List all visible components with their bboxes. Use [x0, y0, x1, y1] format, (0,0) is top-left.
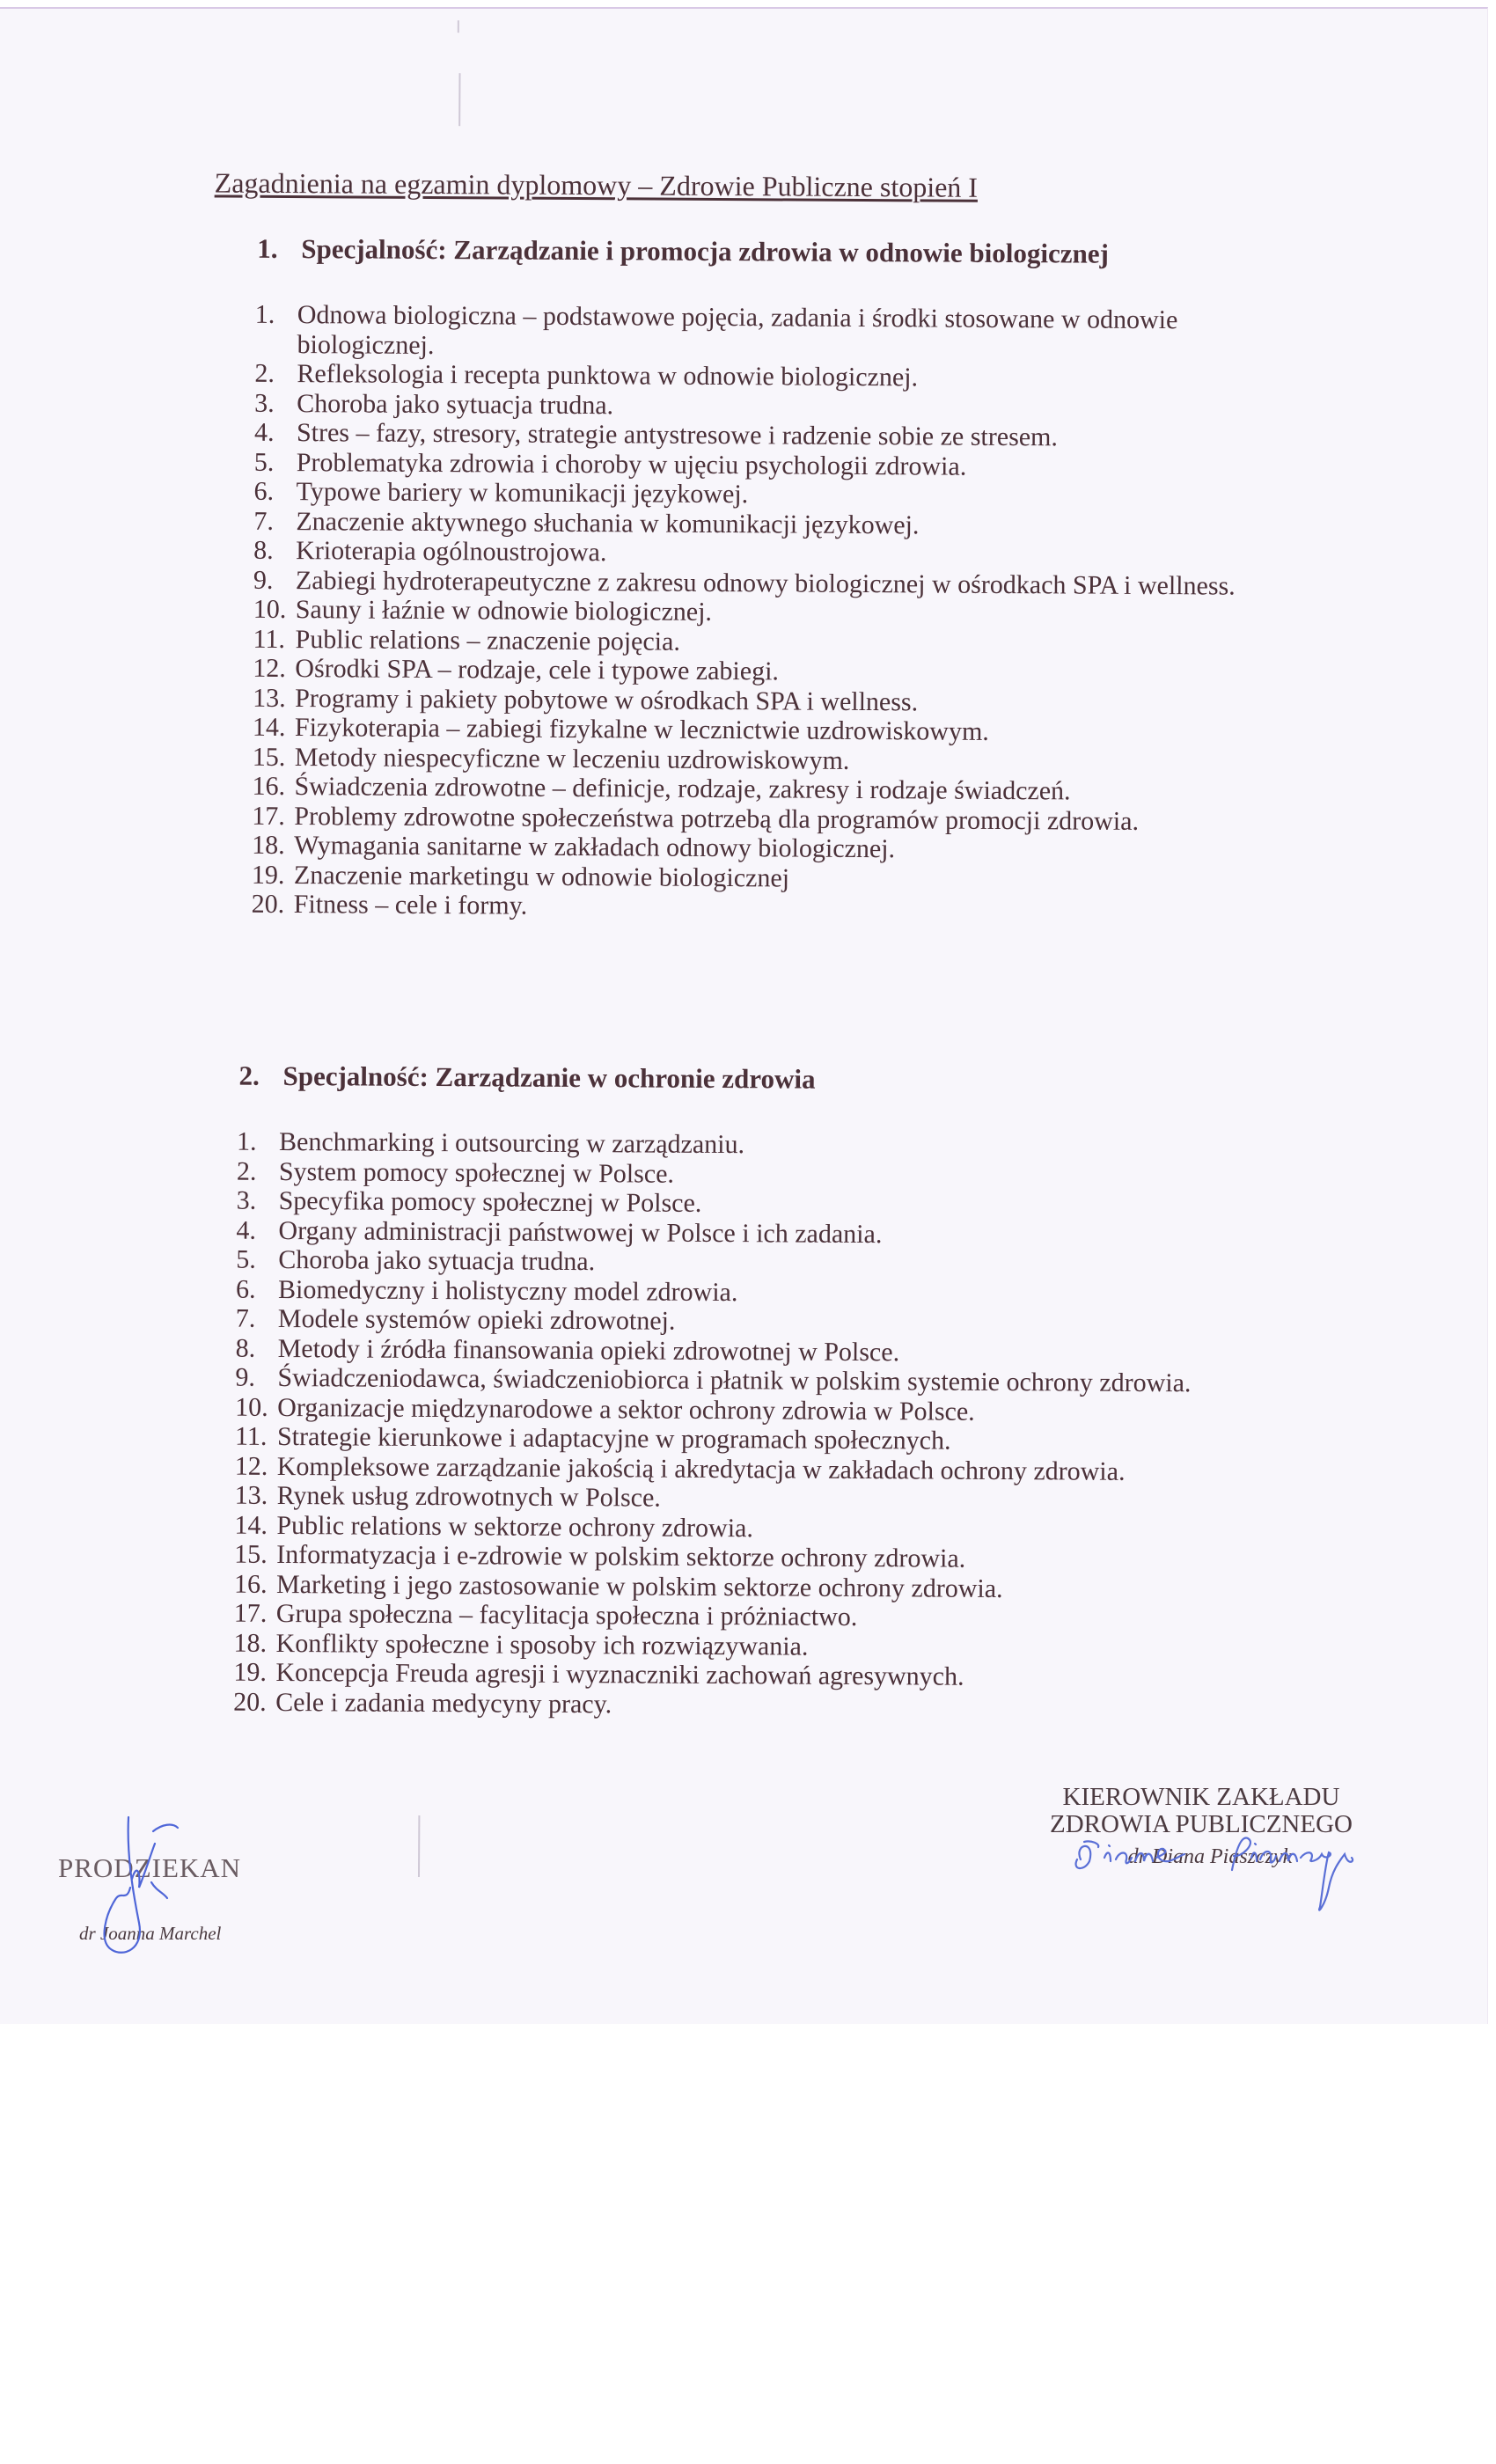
item-number: 6.	[236, 1274, 256, 1304]
item-number: 20.	[233, 1687, 267, 1717]
item-text: Modele systemów opieki zdrowotnej.	[278, 1304, 676, 1336]
item-number: 17.	[252, 801, 285, 831]
item-text: Problemy zdrowotne społeczeństwa potrzeb…	[294, 802, 1139, 836]
item-text: Świadczenia zdrowotne – definicje, rodza…	[294, 772, 1070, 805]
section-title: Specjalność: Zarządzanie w ochronie zdro…	[282, 1060, 815, 1095]
item-number: 9.	[253, 565, 274, 595]
item-number: 7.	[236, 1304, 256, 1334]
item-number: 1.	[237, 1127, 257, 1157]
item-text: Stres – fazy, stresory, strategie antyst…	[297, 418, 1058, 451]
item-number: 12.	[253, 654, 286, 684]
list-item: 1.Odnowa biologiczna – podstawowe pojęci…	[255, 300, 1294, 365]
item-number: 8.	[236, 1333, 256, 1363]
item-number: 4.	[254, 418, 275, 448]
item-text: Wymagania sanitarne w zakładach odnowy b…	[294, 831, 895, 863]
item-text: Informatyzacja i e-zdrowie w polskim sek…	[276, 1540, 965, 1573]
item-number: 18.	[252, 831, 285, 861]
item-text: Grupa społeczna – facylitacja społeczna …	[276, 1599, 858, 1632]
item-text: Odnowa biologiczna – podstawowe pojęcia,…	[297, 300, 1178, 359]
item-number: 15.	[253, 742, 286, 772]
item-number: 12.	[235, 1451, 268, 1481]
item-number: 14.	[253, 713, 286, 743]
item-text: Fizykoterapia – zabiegi fizykalne w lecz…	[295, 713, 989, 746]
item-number: 16.	[252, 772, 285, 802]
item-text: Metody i źródła finansowania opieki zdro…	[278, 1333, 900, 1366]
topic-list-section-2: 1.Benchmarking i outsourcing w zarządzan…	[233, 1127, 1319, 1724]
item-number: 3.	[237, 1186, 257, 1216]
item-text: Metody niespecyficzne w leczeniu uzdrowi…	[295, 743, 850, 775]
item-text: Organizacje międzynarodowe a sektor ochr…	[277, 1392, 975, 1426]
item-text: Krioterapia ogólnoustrojowa.	[296, 536, 606, 567]
item-text: Choroba jako sytuacja trudna.	[297, 389, 613, 420]
item-number: 11.	[253, 624, 285, 654]
section-title: Specjalność: Zarządzanie i promocja zdro…	[301, 233, 1109, 269]
handwritten-initials-icon	[97, 1817, 202, 1967]
item-text: Benchmarking i outsourcing w zarządzaniu…	[279, 1127, 744, 1159]
item-text: Choroba jako sytuacja trudna.	[278, 1245, 595, 1276]
item-text: Organy administracji państwowej w Polsce…	[278, 1215, 882, 1248]
scan-speck	[458, 73, 460, 126]
list-item: 20.Cele i zadania medycyny pracy.	[233, 1687, 1316, 1723]
item-number: 1.	[255, 300, 275, 330]
item-number: 8.	[253, 536, 274, 566]
item-text: Public relations w sektorze ochrony zdro…	[276, 1510, 753, 1542]
item-text: Problematyka zdrowia i choroby w ujęciu …	[297, 448, 967, 481]
item-text: Koncepcja Freuda agresji i wyznaczniki z…	[275, 1658, 964, 1691]
item-text: Konflikty społeczne i sposoby ich rozwią…	[276, 1628, 809, 1661]
item-number: 3.	[254, 388, 275, 418]
section-number: 1.	[257, 233, 301, 265]
item-text: Cele i zadania medycyny pracy.	[275, 1687, 612, 1718]
scan-speck	[458, 20, 459, 33]
item-text: Świadczeniodawca, świadczeniobiorca i pł…	[277, 1363, 1191, 1397]
section-heading-2: 2.Specjalność: Zarządzanie w ochronie zd…	[238, 1060, 815, 1096]
section-heading-1: 1.Specjalność: Zarządzanie i promocja zd…	[257, 233, 1109, 270]
item-number: 16.	[234, 1569, 268, 1599]
signature-role-line1: KIEROWNIK ZAKŁADU	[1038, 1784, 1364, 1811]
scan-speck	[418, 1815, 420, 1877]
item-number: 19.	[233, 1658, 267, 1688]
item-number: 20.	[252, 890, 285, 920]
item-number: 2.	[237, 1156, 257, 1186]
document-body: Zagadnienia na egzamin dyplomowy – Zdrow…	[0, 0, 1496, 2033]
list-item: 20.Fitness – cele i formy.	[252, 890, 1290, 926]
item-number: 18.	[233, 1628, 267, 1658]
item-text: Rynek usług zdrowotnych w Polsce.	[277, 1481, 661, 1513]
item-number: 10.	[235, 1392, 268, 1422]
topic-list-section-1: 1.Odnowa biologiczna – podstawowe pojęci…	[252, 300, 1294, 926]
item-number: 6.	[253, 477, 274, 507]
item-number: 2.	[254, 359, 275, 389]
item-number: 17.	[234, 1599, 268, 1629]
item-number: 13.	[253, 683, 286, 713]
item-number: 19.	[252, 860, 285, 890]
item-text: Specyfika pomocy społecznej w Polsce.	[279, 1186, 702, 1218]
item-text: Ośrodki SPA – rodzaje, cele i typowe zab…	[295, 654, 779, 686]
item-text: Fitness – cele i formy.	[294, 890, 528, 920]
item-number: 11.	[235, 1422, 268, 1452]
document-title: Zagadnienia na egzamin dyplomowy – Zdrow…	[215, 166, 979, 203]
section-number: 2.	[238, 1060, 282, 1092]
item-text: Programy i pakiety pobytowe w ośrodkach …	[295, 684, 918, 716]
item-number: 9.	[235, 1363, 255, 1393]
item-text: Znaczenie marketingu w odnowie biologicz…	[294, 861, 789, 892]
item-text: Sauny i łaźnie w odnowie biologicznej.	[296, 595, 712, 627]
item-text: Znaczenie aktywnego słuchania w komunika…	[296, 507, 919, 539]
item-number: 15.	[234, 1540, 268, 1570]
item-number: 10.	[253, 595, 287, 625]
item-number: 4.	[236, 1215, 256, 1245]
item-number: 5.	[254, 447, 275, 477]
item-number: 7.	[253, 506, 274, 536]
item-text: Typowe bariery w komunikacji językowej.	[296, 477, 748, 509]
item-number: 13.	[235, 1481, 268, 1511]
item-text: Public relations – znaczenie pojęcia.	[295, 625, 680, 656]
handwritten-signature-icon	[1065, 1835, 1417, 1923]
item-text: Refleksologia i recepta punktowa w odnow…	[297, 359, 918, 392]
item-text: System pomocy społecznej w Polsce.	[279, 1156, 674, 1188]
item-number: 14.	[234, 1510, 268, 1540]
item-text: Marketing i jego zastosowanie w polskim …	[276, 1569, 1003, 1602]
item-text: Strategie kierunkowe i adaptacyjne w pro…	[277, 1422, 951, 1456]
item-number: 5.	[236, 1245, 256, 1275]
item-text: Kompleksowe zarządzanie jakością i akred…	[277, 1451, 1126, 1485]
item-text: Biomedyczny i holistyczny model zdrowia.	[278, 1274, 738, 1306]
